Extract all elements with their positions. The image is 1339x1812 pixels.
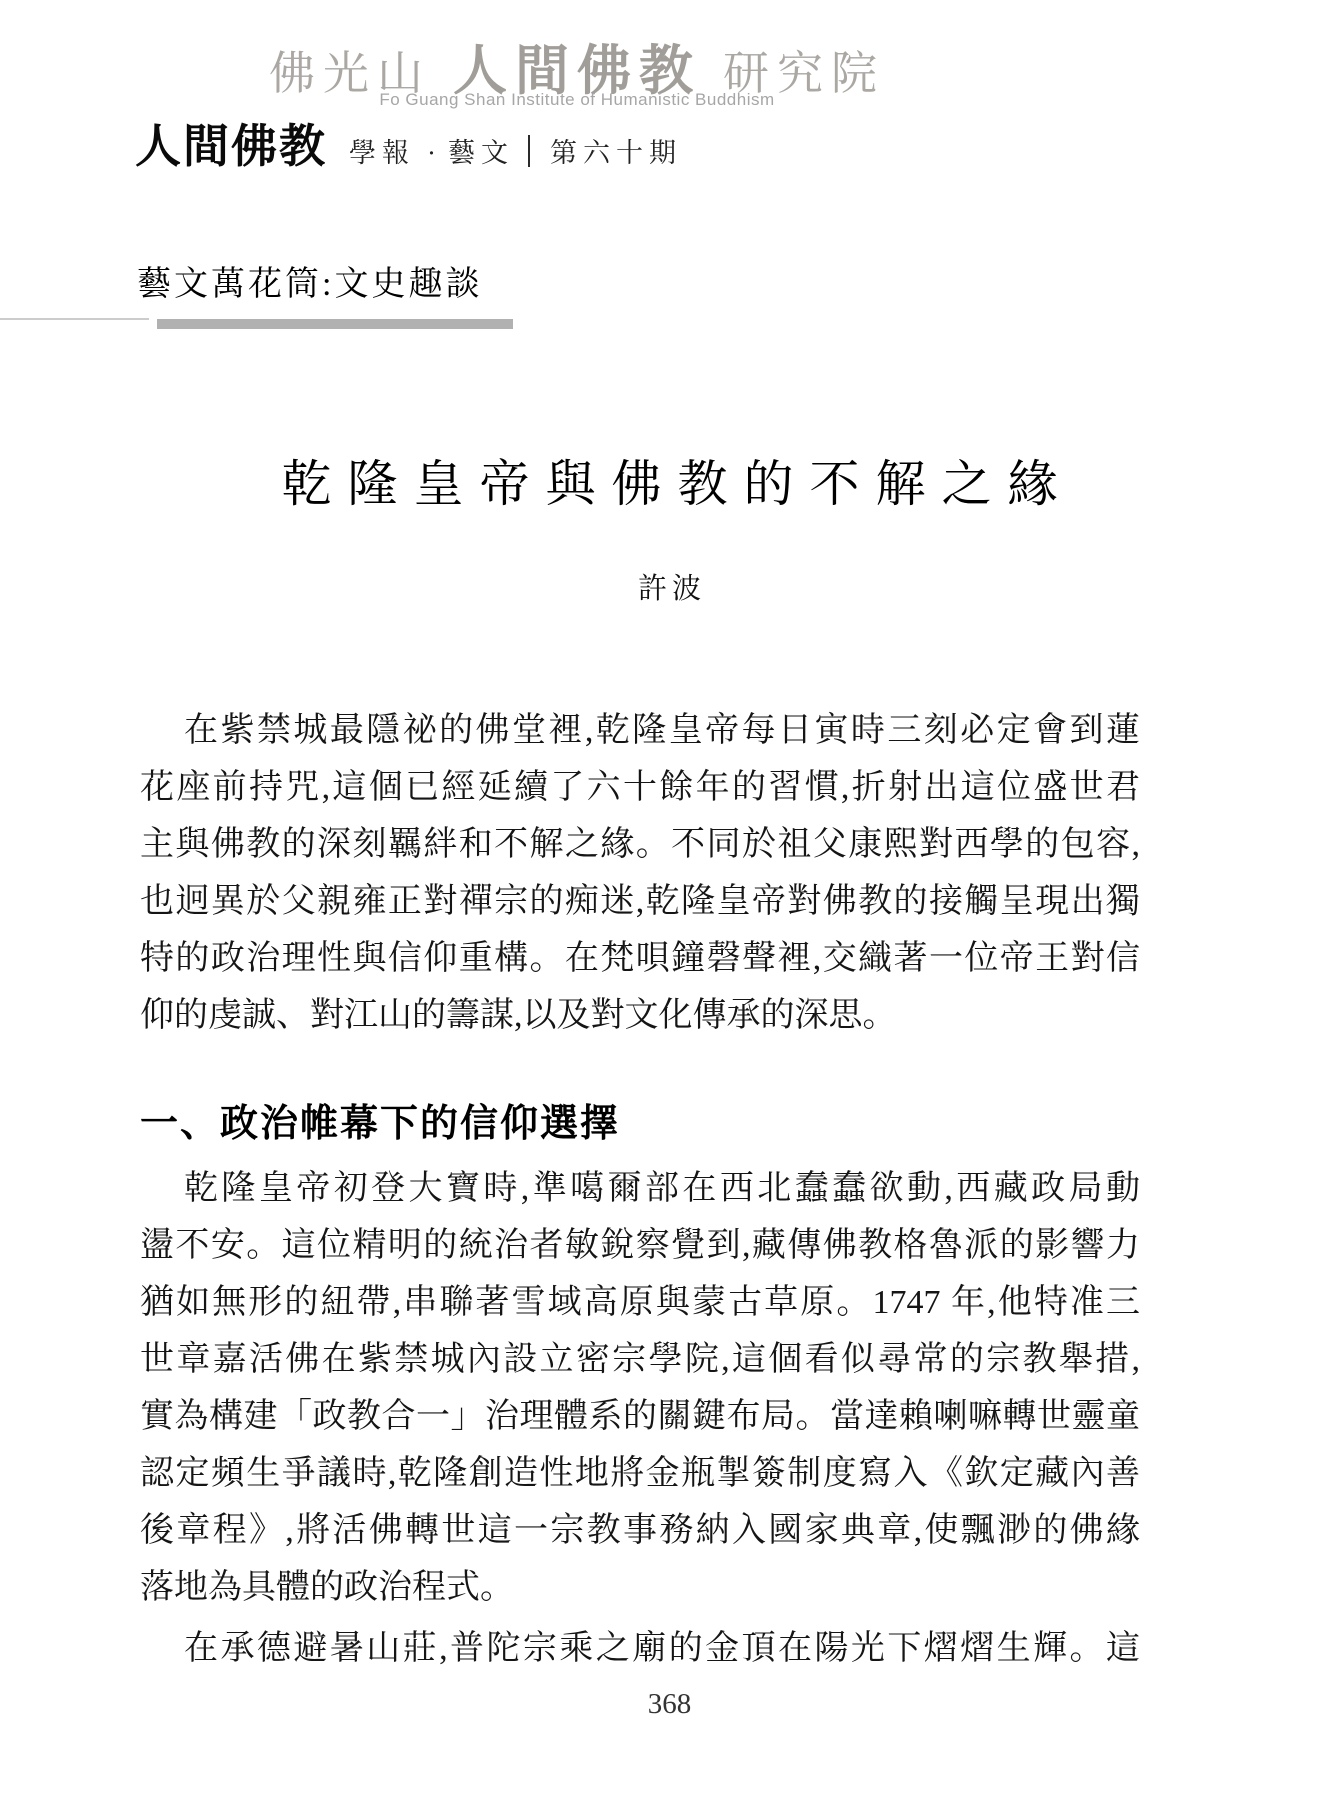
- page-number: 368: [0, 1688, 1339, 1721]
- rule-thin-line: [0, 318, 149, 320]
- body-line: 實為構建「政教合一」治理體系的關鍵布局。當達賴喇嘛轉世靈童: [140, 1388, 1140, 1445]
- body-line: 特的政治理性與信仰重構。在梵唄鐘磬聲裡,交織著一位帝王對信: [140, 930, 1140, 987]
- body-line: 猶如無形的紐帶,串聯著雪域高原與蒙古草原。1747 年,他特准三: [140, 1274, 1140, 1331]
- body-line: 盪不安。這位精明的統治者敏銳察覺到,藏傳佛教格魯派的影響力: [140, 1217, 1140, 1274]
- body-line: 也迥異於父親雍正對禪宗的痴迷,乾隆皇帝對佛教的接觸呈現出獨: [140, 873, 1140, 930]
- section-heading: 一、政治帷幕下的信仰選擇: [140, 1092, 620, 1147]
- paragraph-2: 乾隆皇帝初登大寶時,準噶爾部在西北蠢蠢欲動,西藏政局動 盪不安。這位精明的統治者…: [140, 1160, 1140, 1616]
- body-line: 後章程》,將活佛轉世這一宗教事務納入國家典章,使飄渺的佛緣: [140, 1502, 1140, 1559]
- body-line: 在承德避暑山莊,普陀宗乘之廟的金頂在陽光下熠熠生輝。這: [140, 1620, 1140, 1677]
- body-line: 乾隆皇帝初登大寶時,準噶爾部在西北蠢蠢欲動,西藏政局動: [140, 1160, 1140, 1217]
- body-line: 在紫禁城最隱祕的佛堂裡,乾隆皇帝每日寅時三刻必定會到蓮: [140, 702, 1140, 759]
- document-page: 佛光山 人間佛教 研究院 Fo Guang Shan Institute of …: [0, 0, 1339, 1812]
- body-line: 主與佛教的深刻羈絆和不解之緣。不同於祖父康熙對西學的包容,: [140, 816, 1140, 873]
- paragraph-3: 在承德避暑山莊,普陀宗乘之廟的金頂在陽光下熠熠生輝。這: [140, 1620, 1140, 1677]
- body-line: 落地為具體的政治程式。: [140, 1559, 1140, 1616]
- article-body: 在紫禁城最隱祕的佛堂裡,乾隆皇帝每日寅時三刻必定會到蓮 花座前持咒,這個已經延續…: [140, 0, 1140, 1812]
- body-line: 世章嘉活佛在紫禁城內設立密宗學院,這個看似尋常的宗教舉措,: [140, 1331, 1140, 1388]
- body-line: 花座前持咒,這個已經延續了六十餘年的習慣,折射出這位盛世君: [140, 759, 1140, 816]
- body-line: 認定頻生爭議時,乾隆創造性地將金瓶掣簽制度寫入《欽定藏內善: [140, 1445, 1140, 1502]
- paragraph-1: 在紫禁城最隱祕的佛堂裡,乾隆皇帝每日寅時三刻必定會到蓮 花座前持咒,這個已經延續…: [140, 702, 1140, 1044]
- body-line: 仰的虔誠、對江山的籌謀,以及對文化傳承的深思。: [140, 987, 1140, 1044]
